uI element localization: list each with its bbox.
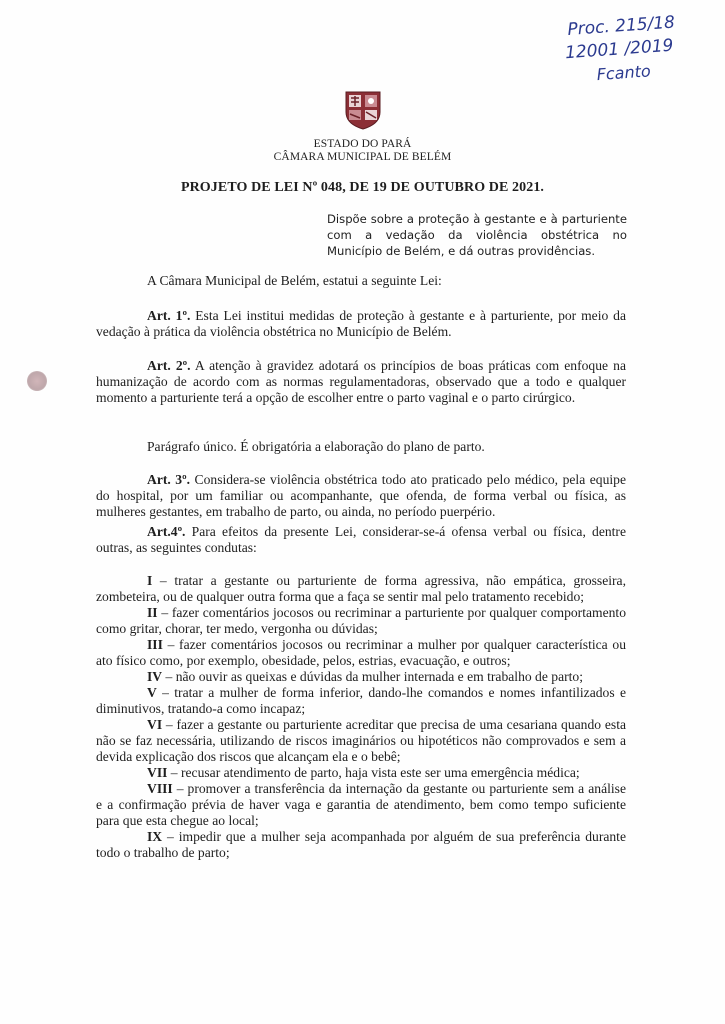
article-label: Art. 3º. <box>147 472 190 487</box>
coat-of-arms-icon <box>344 90 382 130</box>
list-item: II – fazer comentários jocosos ou recrim… <box>96 605 626 637</box>
item-numeral: IV <box>147 669 162 684</box>
item-text: – recusar atendimento de parto, haja vis… <box>167 765 579 780</box>
article-2: Art. 2º. A atenção à gravidez adotará os… <box>96 358 626 406</box>
document-title: PROJETO DE LEI Nº 048, DE 19 DE OUTUBRO … <box>0 180 725 196</box>
list-item: VIII – promover a transferência da inter… <box>96 781 626 829</box>
document-page: Proc. 215/18 12001 /2019 Fcanto ESTADO D… <box>0 0 725 1024</box>
article-4: Art.4º. Para efeitos da presente Lei, co… <box>96 524 626 556</box>
article-3: Art. 3º. Considera-se violência obstétri… <box>96 472 626 520</box>
list-item: IV – não ouvir as queixas e dúvidas da m… <box>96 669 626 685</box>
item-numeral: III <box>147 637 163 652</box>
page-stamp-icon <box>27 371 47 391</box>
item-text: – fazer a gestante ou parturiente acredi… <box>96 717 626 764</box>
paragraph-text: Parágrafo único. É obrigatória a elabora… <box>147 439 485 454</box>
item-numeral: V <box>147 685 157 700</box>
header-state: ESTADO DO PARÁ <box>0 138 725 151</box>
handwritten-annotation: Proc. 215/18 12001 /2019 Fcanto <box>563 9 717 88</box>
preamble: A Câmara Municipal de Belém, estatui a s… <box>96 273 626 289</box>
item-numeral: VI <box>147 717 162 732</box>
item-numeral: II <box>147 605 158 620</box>
article-label: Art. 1º. <box>147 308 190 323</box>
list-item: VI – fazer a gestante ou parturiente acr… <box>96 717 626 765</box>
article-label: Art.4º. <box>147 524 185 539</box>
ementa: Dispõe sobre a proteção à gestante e à p… <box>327 211 627 259</box>
list-item: VII – recusar atendimento de parto, haja… <box>96 765 626 781</box>
list-item: V – tratar a mulher de forma inferior, d… <box>96 685 626 717</box>
item-text: – fazer comentários jocosos ou recrimina… <box>96 637 626 668</box>
article-1: Art. 1º. Esta Lei institui medidas de pr… <box>96 308 626 340</box>
list-item: I – tratar a gestante ou parturiente de … <box>96 573 626 605</box>
item-numeral: IX <box>147 829 162 844</box>
sole-paragraph: Parágrafo único. É obrigatória a elabora… <box>96 439 626 455</box>
item-text: – tratar a gestante ou parturiente de fo… <box>96 573 626 604</box>
item-text: – não ouvir as queixas e dúvidas da mulh… <box>162 669 583 684</box>
item-text: – impedir que a mulher seja acompanhada … <box>96 829 626 860</box>
item-text: – promover a transferência da internação… <box>96 781 626 828</box>
item-text: – tratar a mulher de forma inferior, dan… <box>96 685 626 716</box>
header-chamber: CÂMARA MUNICIPAL DE BELÉM <box>0 151 725 164</box>
list-item: III – fazer comentários jocosos ou recri… <box>96 637 626 669</box>
article-label: Art. 2º. <box>147 358 191 373</box>
item-text: – fazer comentários jocosos ou recrimina… <box>96 605 626 636</box>
list-item: IX – impedir que a mulher seja acompanha… <box>96 829 626 861</box>
item-numeral: VII <box>147 765 167 780</box>
items-list: I – tratar a gestante ou parturiente de … <box>96 573 626 861</box>
item-numeral: VIII <box>147 781 173 796</box>
